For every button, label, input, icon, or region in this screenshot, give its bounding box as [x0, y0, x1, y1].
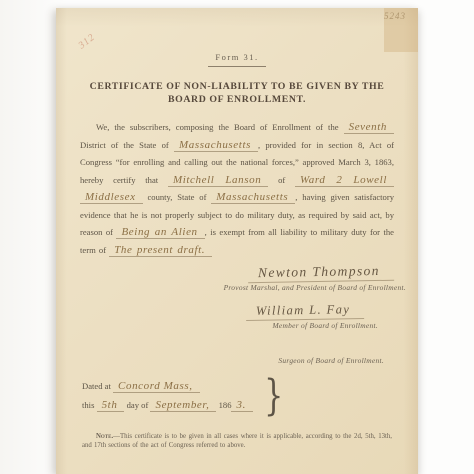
document-title: CERTIFICATE OF NON-LIABILITY TO BE GIVEN… [56, 80, 418, 106]
year-printed: 186 [219, 400, 232, 410]
member-signature-row: William L. Fay Member of Board of Enroll… [56, 301, 408, 330]
dateline-lines: Dated at Concord Mass, this 5th day of S… [82, 377, 253, 415]
corner-number-annotation: 312 [77, 32, 98, 52]
month-handwritten: September, [150, 399, 216, 412]
dateline-date-line: this 5th day of September, 1863. [82, 396, 253, 415]
county-handwritten: Middlesex [80, 191, 143, 204]
body-text: We, the subscribers, composing the Board… [96, 122, 339, 132]
catalog-number-annotation: 5243 [384, 11, 406, 21]
name-handwritten: Mitchell Lanson [168, 174, 268, 187]
state-handwritten: Massachusetts [174, 139, 258, 152]
state-handwritten: Massachusetts [211, 191, 295, 204]
footnote-label: Note. [96, 433, 113, 440]
scan-background: 5243 312 Form 31. CERTIFICATE OF NON-LIA… [0, 0, 474, 474]
dated-at-label: Dated at [82, 381, 111, 391]
body-text: county, State of [147, 192, 206, 202]
form-number-divider [208, 66, 266, 67]
footnote-text: —This certificate is to be given in all … [82, 433, 392, 449]
provost-marshal-title: Provost Marshal, and President of Board … [56, 283, 406, 292]
surgeon-signature-row: Surgeon of Board of Enrollment. [56, 356, 408, 365]
member-title: Member of Board of Enrollment. [56, 321, 378, 330]
body-text: of [278, 175, 285, 185]
surgeon-title: Surgeon of Board of Enrollment. [56, 356, 384, 365]
certificate-body: We, the subscribers, composing the Board… [80, 119, 394, 259]
this-label: this [82, 400, 94, 410]
term-handwritten: The present draft. [109, 244, 212, 257]
footnote: Note.—This certificate is to be given in… [82, 432, 392, 450]
district-handwritten: Seventh [344, 121, 394, 134]
day-handwritten: 5th [97, 399, 125, 412]
dateline-place-line: Dated at Concord Mass, [82, 377, 253, 396]
year-handwritten: 3. [231, 399, 252, 412]
place-handwritten: Concord Mass, [113, 380, 200, 393]
signature-block: Newton Thompson Provost Marshal, and Pre… [56, 263, 408, 365]
provost-marshal-signature: Newton Thompson [248, 263, 394, 284]
body-text: District of the State of [80, 140, 169, 150]
member-signature: William L. Fay [246, 302, 365, 321]
form-number: Form 31. [56, 52, 418, 62]
residence-handwritten: Ward 2 Lowell [295, 174, 394, 187]
dateline-block: Dated at Concord Mass, this 5th day of S… [82, 377, 418, 415]
provost-marshal-signature-row: Newton Thompson Provost Marshal, and Pre… [56, 263, 408, 292]
document-page: 5243 312 Form 31. CERTIFICATE OF NON-LIA… [56, 8, 418, 474]
day-of-label: day of [127, 400, 149, 410]
dateline-brace: } [264, 377, 283, 415]
reason-handwritten: Being an Alien [116, 226, 204, 239]
